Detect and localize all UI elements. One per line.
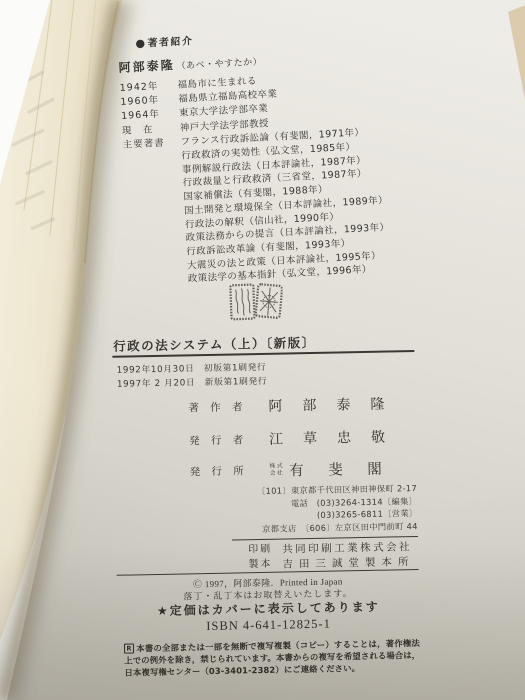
book-colophon-photo: ●著者紹介 阿部泰隆（あべ・やすたか） 1942年 福島市に生まれる 1960年… [0, 0, 525, 700]
company-type-label: 株式 会社 [270, 464, 285, 477]
publisher-credit-name: 江 草 忠 敬 [269, 427, 388, 449]
copy-prohibition-text: 本書の全部または一部を無断で複写複製（コピー）することは，著作権法上での例外を除… [124, 638, 420, 677]
publisher-credit-label: 発 行 者 [189, 431, 269, 448]
publisher-credit-row: 発 行 者 江 草 忠 敬 [189, 426, 417, 450]
binder-label: 製本 [248, 557, 272, 572]
author-credit-name: 阿 部 泰 隆 [268, 394, 387, 416]
author-credit-row: 著 作 者 阿 部 泰 隆 [188, 393, 416, 417]
address-line: 京都支店 〔606〕左京区田中門前町 44 [230, 520, 418, 536]
copy-prohibition-notice: R本書の全部または一部を無断で複写複製（コピー）することは，著作権法上での例外を… [124, 638, 421, 679]
production-credits: 印刷 共同印刷工業株式会社 製本 吉田三誠堂製本所 [248, 540, 415, 572]
publishing-office-name: 有 斐 閣 [289, 458, 387, 481]
publisher-address-block: 〔101〕東京都千代田区神田神保町 2-17 電話 (03)3264-1314〔… [229, 482, 418, 536]
jrrc-mark-icon: R [124, 643, 134, 653]
publishing-office-label: 発 行 所 [189, 463, 269, 480]
printer-label: 印刷 [248, 543, 272, 558]
company-type-line: 会社 [270, 470, 285, 477]
colophon-section: 行政の法システム（上）〔新版〕 1992年10月30日 初版第1刷発行 1997… [0, 0, 525, 700]
edition-line: 1997年 2 月20日 新版第1刷発行 [117, 374, 268, 390]
publishing-office-row: 発 行 所 株式 会社 有 斐 閣 [189, 457, 417, 482]
author-credit-label: 著 作 者 [188, 398, 268, 415]
publishing-office-name-wrap: 株式 会社 有 斐 閣 [269, 458, 386, 481]
